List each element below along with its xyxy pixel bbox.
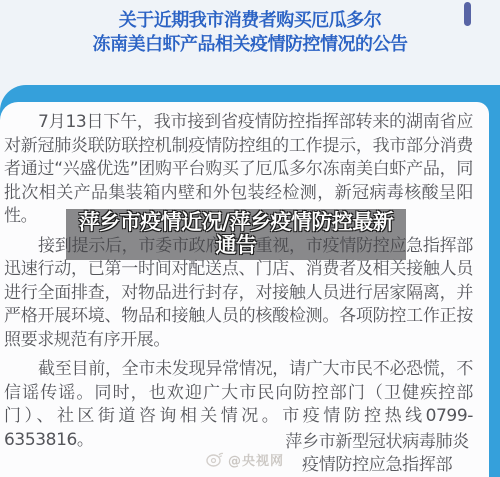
weibo-handle: @央视网 — [228, 450, 284, 469]
notice-title-line-2: 冻南美白虾产品相关疫情防控情况的公告 — [0, 33, 500, 57]
notice-title-line-1: 关于近期我市消费者购买厄瓜多尔 — [0, 9, 500, 33]
watermark-overlay: 萍乡市疫情近况/萍乡疫情防控最新 通告 — [66, 209, 406, 260]
notice-card-frame: 7月13日下午，我市接到省疫情防控指挥部转来的湖南省应对新冠肺炎联防联控机制疫情… — [0, 85, 500, 477]
weibo-icon — [206, 452, 224, 467]
overlay-title-line-1: 萍乡市疫情近况/萍乡疫情防控最新 — [66, 211, 406, 234]
signature-line-2: 疫情防控应急指挥部 — [285, 454, 469, 477]
overlay-title-line-2: 通告 — [66, 234, 406, 257]
notice-poster: 关于近期我市消费者购买厄瓜多尔 冻南美白虾产品相关疫情防控情况的公告 7月13日… — [0, 0, 500, 477]
signature-line-1: 萍乡市新型冠状病毒肺炎 — [285, 431, 469, 454]
decorative-bar — [464, 2, 471, 26]
notice-header: 关于近期我市消费者购买厄瓜多尔 冻南美白虾产品相关疫情防控情况的公告 — [0, 9, 500, 57]
notice-body-card: 7月13日下午，我市接到省疫情防控指挥部转来的湖南省应对新冠肺炎联防联控机制疫情… — [0, 102, 489, 477]
signature-block: 萍乡市新型冠状病毒肺炎 疫情防控应急指挥部 — [285, 431, 469, 477]
weibo-watermark: @央视网 — [206, 450, 284, 469]
